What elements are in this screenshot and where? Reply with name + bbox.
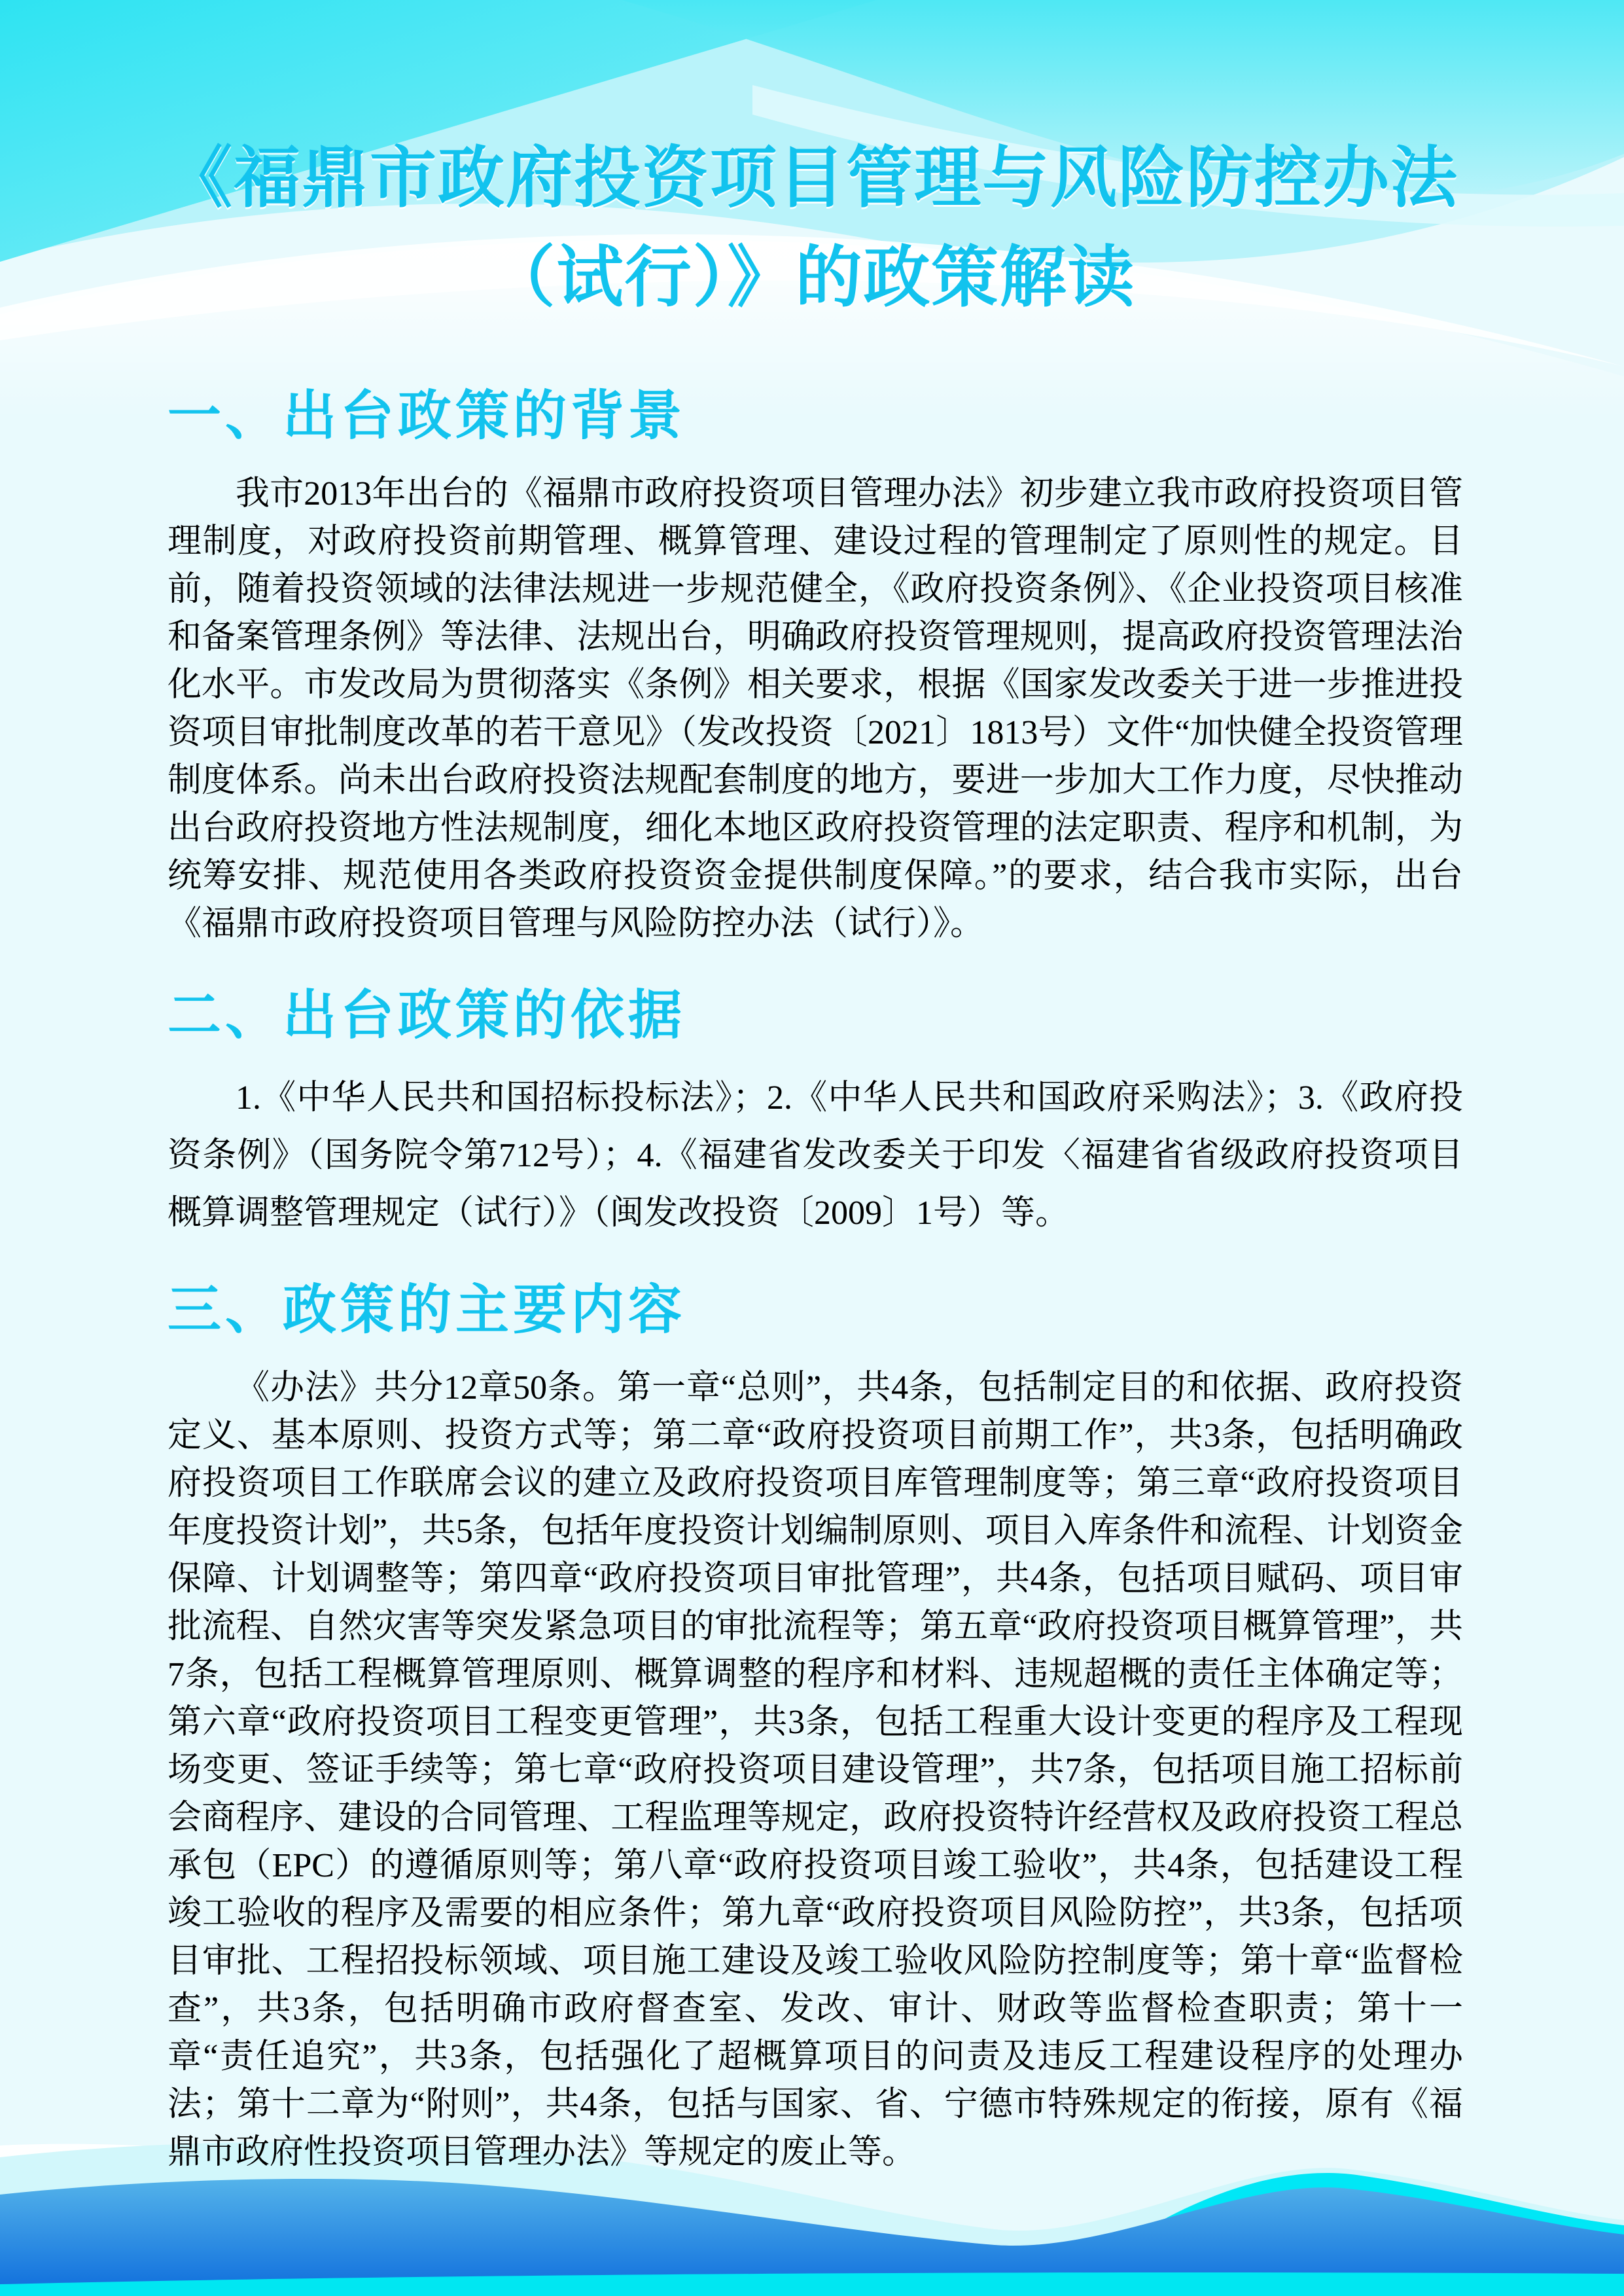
poster-title-line-1: 《福鼎市政府投资项目管理与风险防控办法 (0, 128, 1624, 228)
section-background: 一、出台政策的背景 我市2013年出台的《福鼎市政府投资项目管理办法》初步建立我… (168, 385, 1463, 948)
poster-title: 《福鼎市政府投资项目管理与风险防控办法 （试行）》的政策解读 (0, 128, 1624, 327)
section-basis-paragraph: 1.《中华人民共和国招标投标法》；2.《中华人民共和国政府采购法》；3.《政府投… (168, 1069, 1463, 1242)
section-main-content-heading: 三、政策的主要内容 (168, 1279, 1463, 1342)
poster-title-line-2: （试行）》的政策解读 (0, 228, 1624, 327)
policy-content: 一、出台政策的背景 我市2013年出台的《福鼎市政府投资项目管理办法》初步建立我… (168, 385, 1463, 2213)
section-basis-heading: 二、出台政策的依据 (168, 984, 1463, 1047)
section-basis: 二、出台政策的依据 1.《中华人民共和国招标投标法》；2.《中华人民共和国政府采… (168, 984, 1463, 1242)
section-background-paragraph: 我市2013年出台的《福鼎市政府投资项目管理办法》初步建立我市政府投资项目管理制… (168, 470, 1463, 948)
section-main-content: 三、政策的主要内容 《办法》共分12章50条。第一章“总则”，共4条，包括制定目… (168, 1279, 1463, 2176)
policy-poster-page: 《福鼎市政府投资项目管理与风险防控办法 （试行）》的政策解读 一、出台政策的背景… (0, 0, 1624, 2296)
section-background-heading: 一、出台政策的背景 (168, 385, 1463, 448)
section-main-content-paragraph: 《办法》共分12章50条。第一章“总则”，共4条，包括制定目的和依据、政府投资定… (168, 1364, 1463, 2176)
